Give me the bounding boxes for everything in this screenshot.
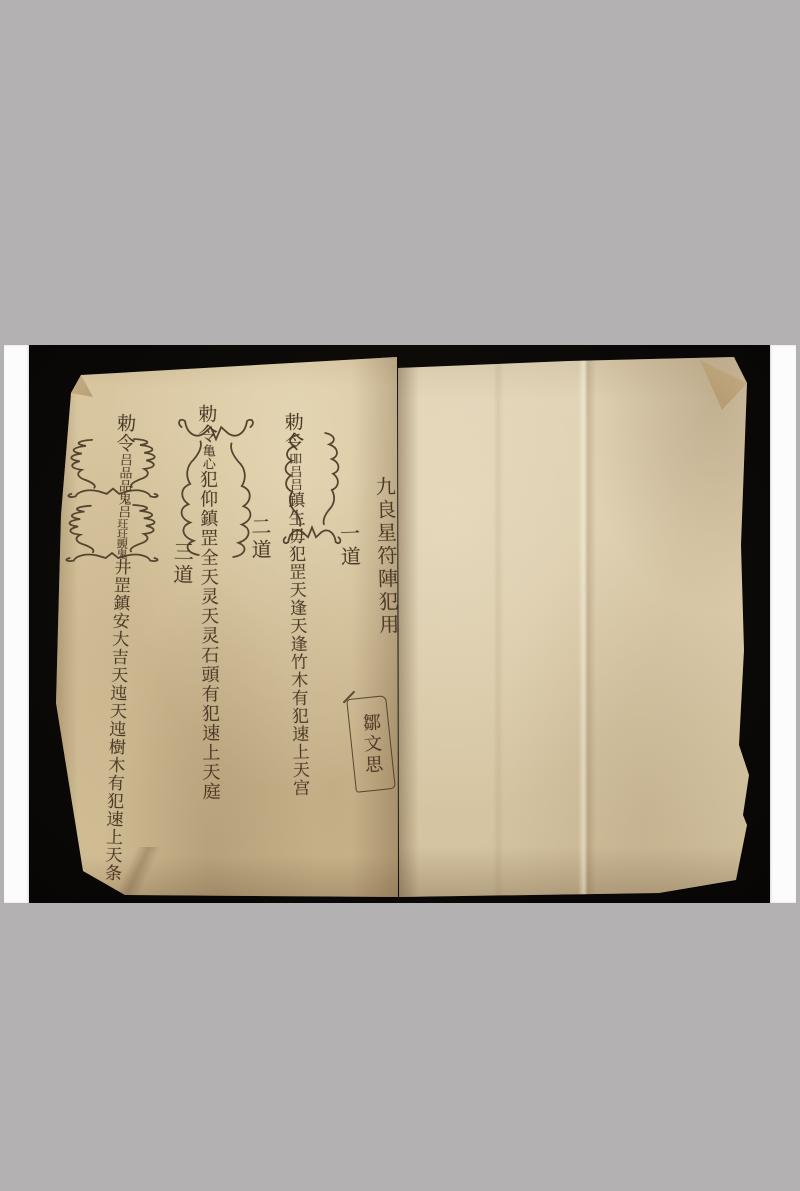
scanned-manuscript-view: 九良星符陣犯用 鄒文思 一道 二道 三道 勅令吅吕吕鎮生毋犯罡天逢天逢竹木有犯速… xyxy=(0,0,800,1191)
signature-name: 鄒文思 xyxy=(356,712,385,776)
title-column: 九良星符陣犯用 xyxy=(370,476,403,638)
section-label-1: 一道 xyxy=(334,523,365,570)
manuscript-page-right xyxy=(398,356,750,901)
section-label-3: 三道 xyxy=(168,541,198,587)
section-label-2: 二道 xyxy=(246,516,276,562)
spell-3-header: 勅令 xyxy=(113,413,136,454)
spell-1-header: 勅令 xyxy=(282,412,305,452)
spell-2-text: 犯仰鎮罡全天灵天灵石頭有犯速上天庭 xyxy=(197,470,221,802)
scan-edge-left xyxy=(4,345,29,903)
spell-2-talisman: 亀心 xyxy=(200,444,215,470)
scan-edge-right xyxy=(770,345,796,903)
photo-backdrop: 九良星符陣犯用 鄒文思 一道 二道 三道 勅令吅吕吕鎮生毋犯罡天逢天逢竹木有犯速… xyxy=(29,345,770,903)
spell-2-header: 勅令 xyxy=(195,404,217,444)
spell-3-talisman2: 玨玨覬鬼 xyxy=(115,518,129,558)
spell-3-talisman: 吕品品鬼吕 xyxy=(115,453,132,518)
spell-column-2: 勅令亀心犯仰鎮罡全天灵天灵石頭有犯速上天庭 xyxy=(196,404,218,802)
spell-1-talisman: 吅吕吕 xyxy=(286,452,302,491)
